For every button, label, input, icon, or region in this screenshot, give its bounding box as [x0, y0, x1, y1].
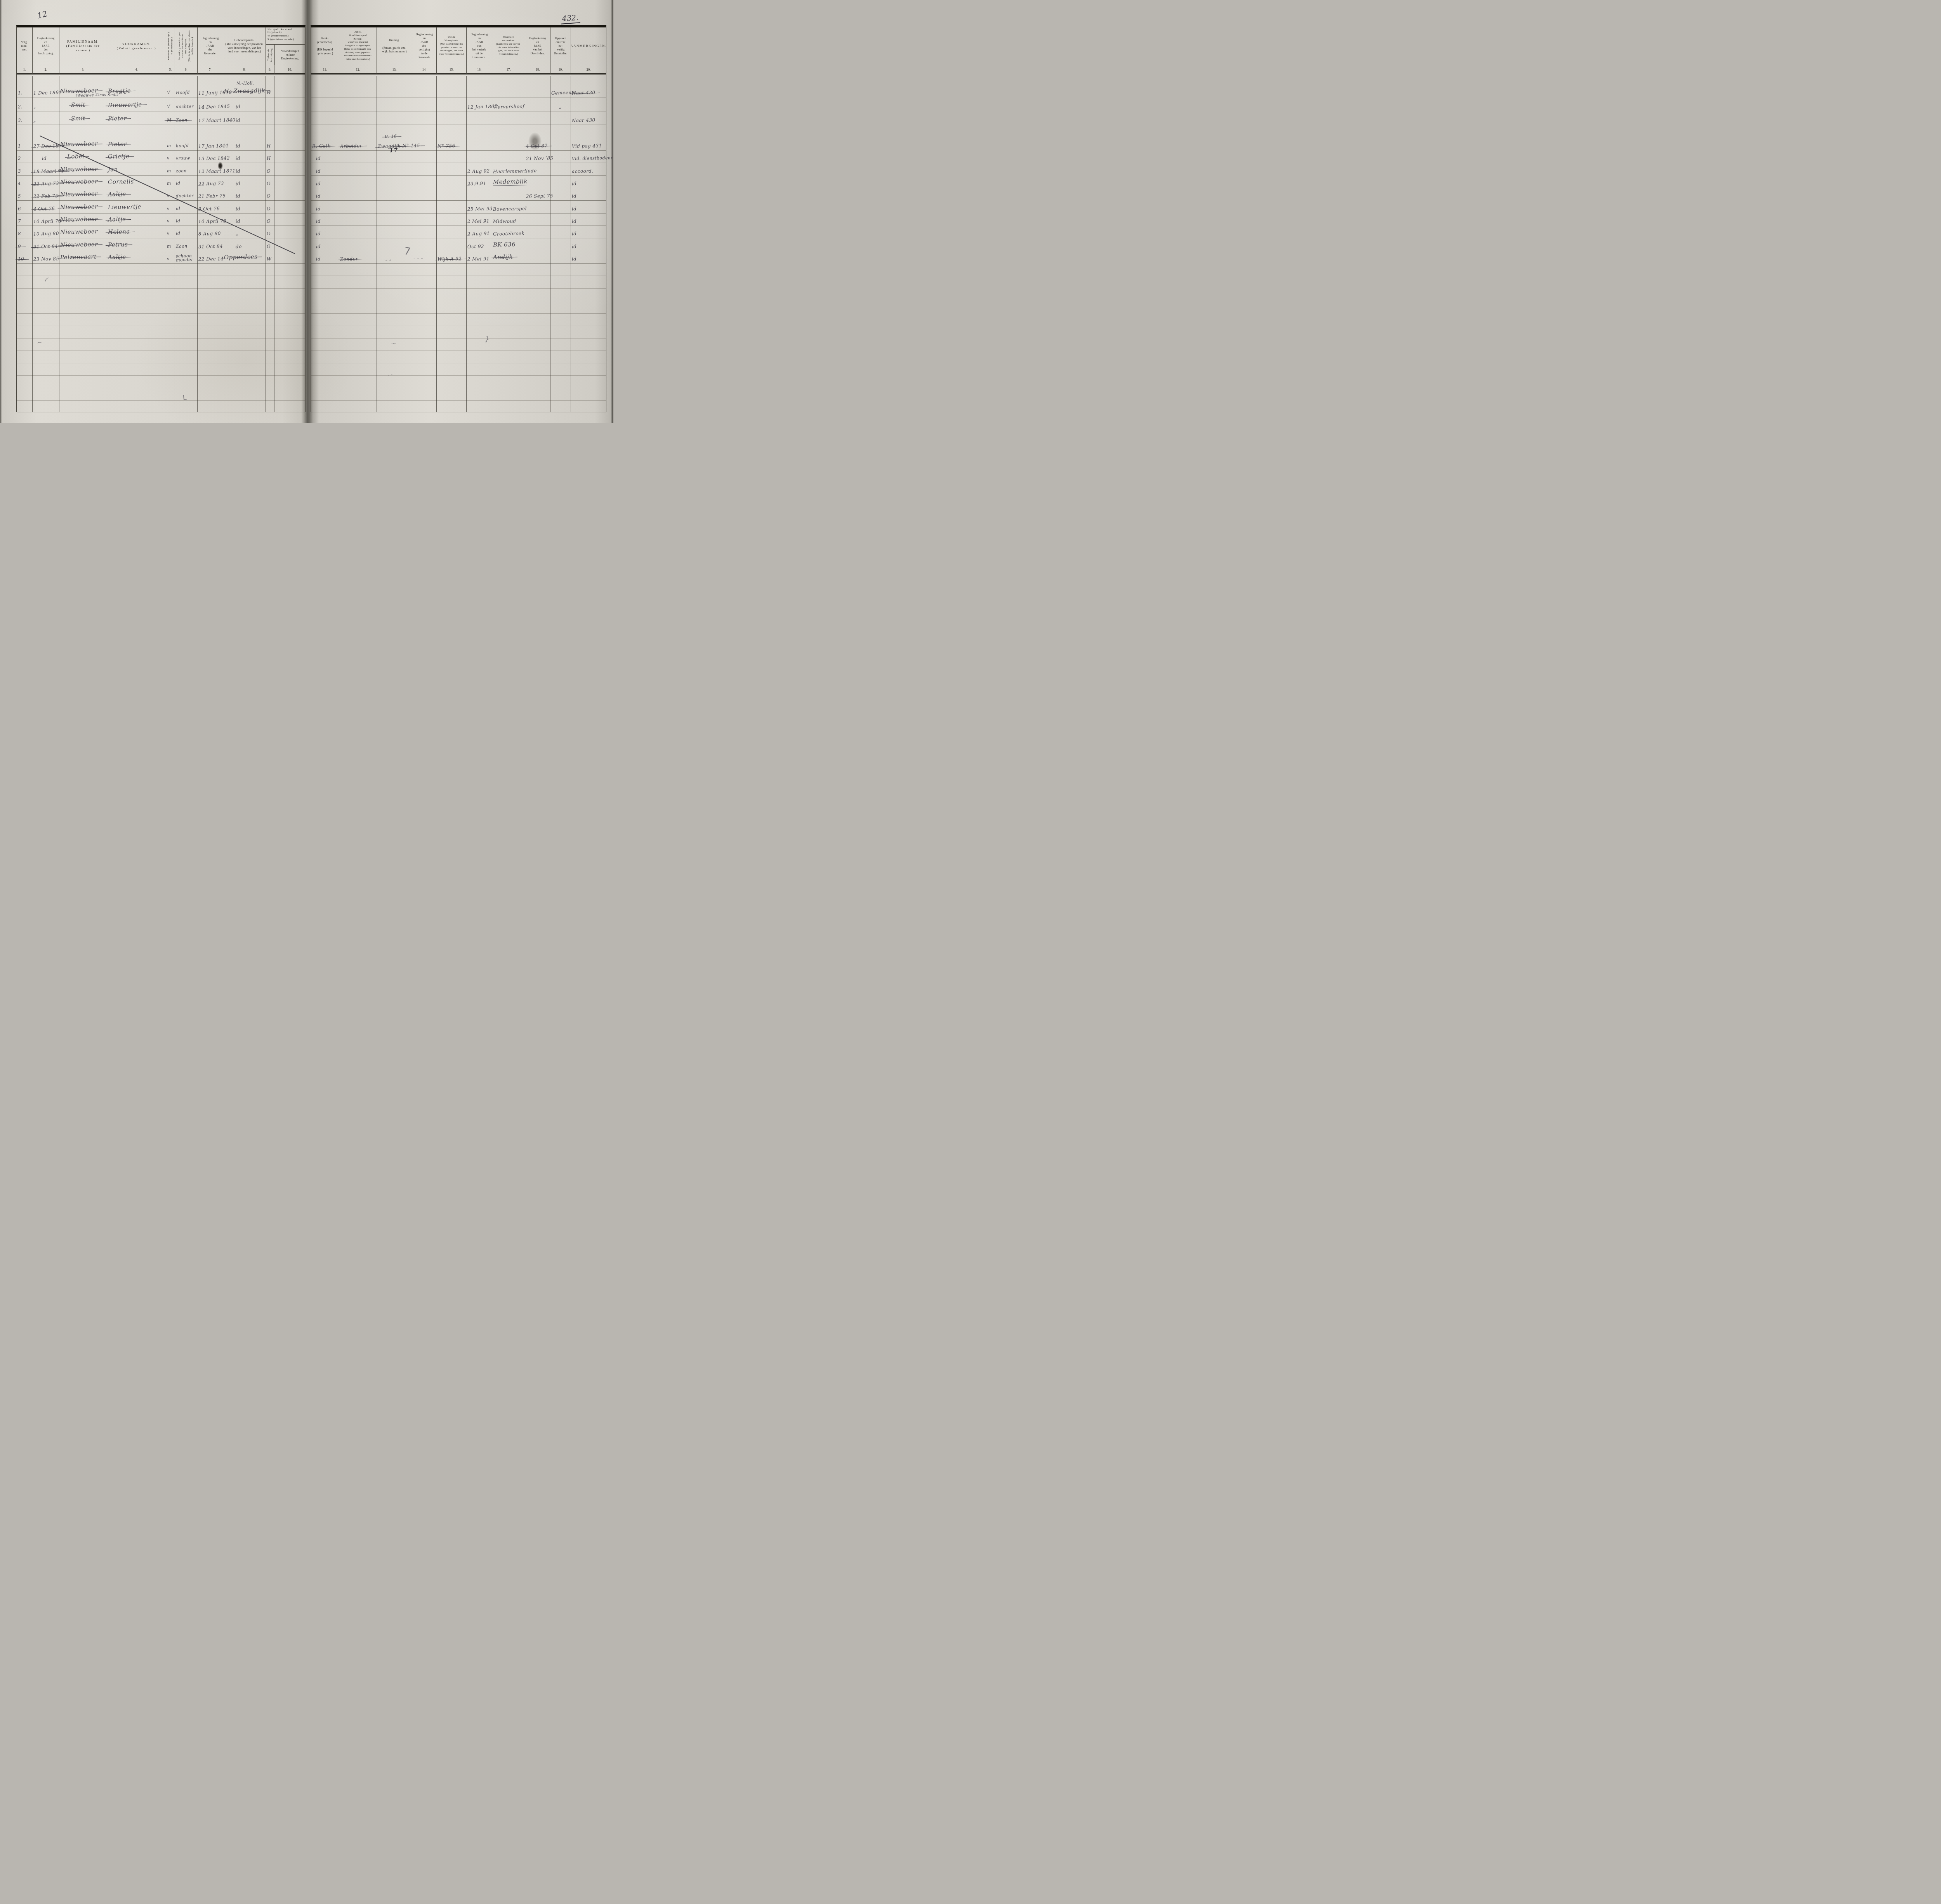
group-codes: H. (gehuwd.) W. (weduwenstaat.) S. (gesc… — [267, 31, 305, 41]
column-number-14: 14. — [412, 65, 436, 74]
scan-edge-left — [0, 0, 2, 423]
stray-mark: ( — [44, 277, 49, 282]
column-line — [266, 76, 266, 412]
handwritten-entry: 2 — [18, 156, 21, 161]
handwritten-entry: O — [267, 231, 271, 236]
handwritten-entry: 13 Dec 1842 — [198, 156, 230, 161]
handwritten-entry: id — [572, 219, 577, 224]
handwritten-entry: M — [167, 118, 172, 122]
handwritten-entry: Nieuweboer — [60, 141, 98, 148]
handwritten-entry: 12 Maart 1871 — [198, 168, 236, 174]
column-header-19: Opgaven omtrent het wettig Domicilie. — [550, 27, 571, 65]
handwritten-entry: id — [236, 219, 241, 224]
handwritten-entry: Pelzenvaart — [60, 254, 97, 260]
handwritten-entry: 2 Aug 91 — [467, 231, 490, 236]
rule-line — [311, 150, 606, 151]
handwritten-entry: „ — [33, 118, 36, 123]
column-number-9: 9. — [266, 65, 274, 74]
column-header-14: Dagteekening en JAAR der vestiging in de… — [412, 27, 436, 65]
handwritten-entry: Aaltje — [108, 217, 126, 223]
column-label: Dagteekening en JAAR van het vertrek uit… — [470, 33, 488, 59]
handwritten-entry: Bovencarspel — [493, 206, 527, 212]
handwritten-entry: 10 April 78 — [33, 219, 62, 224]
handwritten-entry: O — [267, 207, 271, 211]
handwritten-entry: v — [167, 219, 170, 223]
handwritten-entry: accoord. — [572, 168, 594, 174]
rule-line — [311, 400, 606, 401]
rule-line — [17, 301, 305, 301]
column-label: Geboorteplaats. (Met aanwijzing der prov… — [226, 38, 264, 54]
handwritten-entry: 17 Maart 1840 — [198, 118, 236, 123]
handwritten-entry: R. Cath — [312, 143, 331, 148]
column-header-11: Kerk- genootschap. (Elk bepaald op te ge… — [311, 27, 339, 65]
handwritten-entry: Nieuweboer — [60, 179, 98, 185]
column-line — [550, 76, 550, 412]
handwritten-entry: Opperdoes — [224, 254, 258, 260]
handwritten-entry: Vid pag 431 — [572, 143, 602, 149]
handwritten-entry: m — [167, 169, 171, 173]
column-label: AANMERKINGEN. — [571, 44, 606, 48]
handwritten-entry: m — [167, 144, 171, 148]
column-label: Veranderingen en hare Dagteekening. — [281, 49, 299, 61]
handwritten-entry: v — [167, 231, 170, 236]
handwritten-entry: 8 Aug 80 — [198, 231, 221, 236]
rule-line — [17, 313, 305, 314]
column-number-row-left: 1. 2. 3. 4. 5. 6. 7. 8. 9. 10. — [17, 65, 305, 74]
column-header-2: Dagteekening en JAAR der Inschrijving. — [32, 27, 59, 65]
column-line — [339, 76, 339, 412]
handwritten-entry: 25 Mei 93 — [467, 206, 493, 211]
handwritten-entry: 6 — [18, 207, 21, 211]
handwritten-entry: 31 Oct 84 — [198, 244, 223, 249]
column-header-13: Huizing. (Straat, gracht enz. wijk, huis… — [377, 27, 412, 65]
rule-line — [17, 97, 305, 97]
rule-line — [311, 263, 606, 264]
column-header-3: FAMILIENAAM. (Familienaam der vrouw.) — [59, 27, 107, 65]
stray-mark: L — [182, 395, 187, 402]
rule-line — [17, 400, 305, 401]
handwritten-entry: Nieuweboer — [60, 229, 98, 235]
handwritten-entry: 4 — [18, 181, 21, 186]
handwritten-entry: O — [267, 169, 271, 174]
rule-line — [17, 150, 305, 151]
rule-line — [17, 200, 305, 201]
rule-line — [17, 326, 305, 326]
rule-line — [311, 413, 606, 413]
handwritten-entry: schoon- moeder — [176, 254, 194, 263]
rule-line — [311, 251, 606, 251]
handwritten-entry: m — [167, 181, 171, 186]
handwritten-entry: W — [267, 257, 272, 261]
column-label: Vorige Woonplaats. (Met aanwijzing der p… — [439, 36, 464, 56]
column-line — [107, 76, 107, 412]
stray-mark: 7 — [403, 246, 411, 257]
handwritten-entry: Jan — [108, 167, 118, 173]
handwritten-entry: Zonder — [340, 257, 358, 262]
handwritten-entry: 23 Nov 85 — [33, 256, 59, 261]
rule-line — [311, 351, 606, 351]
handwritten-entry: 22 Aug 73 — [198, 181, 224, 186]
handwritten-entry: 17 Jan 1844 — [198, 143, 229, 149]
handwritten-entry: v — [167, 194, 170, 198]
column-number-10: 10. — [274, 65, 305, 74]
column-label: Tijdens de Inschrijving. — [267, 48, 273, 62]
column-number-17: 17. — [492, 65, 525, 74]
handwritten-entry: Cornelis — [108, 179, 134, 185]
handwritten-entry: 22 Aug 73 — [33, 181, 59, 186]
handwritten-entry: id — [572, 244, 577, 249]
register-scan: 12 432. Volg- num- mer. Dagteekening en … — [0, 0, 613, 423]
handwritten-entry: O — [267, 244, 271, 249]
rule-line — [17, 263, 305, 264]
handwritten-entry: Oct 92 — [467, 244, 484, 249]
handwritten-entry: Nieuweboer — [60, 204, 98, 210]
column-line — [175, 76, 175, 412]
column-number-4: 4. — [107, 65, 166, 74]
rule-line — [17, 338, 305, 338]
column-label: Dagteekening en JAAR der Inschrijving. — [37, 36, 55, 56]
column-line — [436, 76, 437, 412]
column-label: Dagteekening en JAAR der Geboorte. — [201, 36, 219, 56]
handwritten-entry: V — [167, 90, 170, 95]
handwritten-entry: Helena — [108, 229, 130, 235]
handwritten-entry: O — [267, 219, 271, 224]
column-line — [525, 76, 525, 412]
rule-line — [311, 388, 606, 388]
column-number-11: 11. — [311, 65, 339, 74]
column-number-2: 2. — [32, 65, 59, 74]
column-number-18: 18. — [525, 65, 550, 74]
column-label: Huizing. (Straat, gracht enz. wijk, huis… — [382, 38, 407, 54]
stray-mark: } — [484, 335, 490, 343]
handwritten-entry: 2. — [18, 104, 23, 109]
page-number: 432. — [560, 13, 580, 24]
handwritten-entry: Vid. dienstbodenreg. — [572, 156, 613, 161]
handwritten-entry: N.-Holl. — [236, 81, 254, 86]
column-number-5: 5. — [166, 65, 175, 74]
column-number-19: 19. — [550, 65, 571, 74]
column-line — [197, 76, 198, 412]
rule-line — [17, 375, 305, 376]
handwritten-entry: 10 — [18, 257, 24, 261]
handwritten-entry: „ — [559, 104, 562, 109]
handwritten-entry: 23.9.91 — [467, 181, 486, 186]
handwritten-entry: BK 636 — [493, 241, 516, 248]
burgerlijke-staat-group: Burgerlijke staat. H. (gehuwd.) W. (wedu… — [266, 27, 305, 65]
rule-line — [311, 111, 606, 111]
rule-line — [311, 326, 606, 326]
handwritten-entry: Midwoud — [493, 219, 516, 224]
rule-line — [311, 276, 606, 276]
column-number-12: 12. — [339, 65, 377, 74]
handwritten-entry: id — [236, 169, 241, 174]
handwritten-entry: Nieuweboer — [60, 216, 98, 223]
handwritten-entry: id — [572, 207, 577, 211]
handwritten-entry: 18 Maart 71 — [33, 168, 64, 174]
handwritten-entry: „ — [236, 231, 238, 236]
rule-line — [17, 163, 305, 163]
handwritten-entry: Smit — [71, 116, 85, 122]
handwritten-entry: Aaltje — [108, 191, 126, 198]
handwritten-entry: id — [236, 207, 241, 211]
rule-line — [17, 125, 305, 125]
handwritten-entry: 2 Aug 92 — [467, 168, 490, 174]
handwritten-entry: O — [267, 194, 271, 198]
handwritten-entry: id — [236, 144, 241, 148]
handwritten-entry: id — [316, 169, 321, 174]
rule-line — [17, 276, 305, 276]
handwritten-entry: Naar 430 — [572, 118, 595, 123]
column-label: FAMILIENAAM. (Familienaam der vrouw.) — [59, 40, 107, 52]
handwritten-entry: id — [572, 194, 577, 198]
rule-line — [311, 375, 606, 376]
column-label: Waarheen vertrokken. (Gemeente en provin… — [496, 36, 521, 56]
column-number-20: 20. — [571, 65, 606, 74]
column-number-16: 16. — [466, 65, 492, 74]
handwritten-entry: Hoofd — [176, 90, 190, 95]
handwritten-entry: Wervershoof — [493, 104, 524, 109]
handwritten-entry: id — [316, 219, 321, 224]
column-line — [32, 76, 33, 412]
handwritten-entry: Nieuweboer — [60, 191, 98, 198]
handwritten-entry: Wijk A 92 — [438, 256, 462, 261]
handwritten-entry: dochter — [176, 104, 194, 109]
handwritten-entry: 1 — [18, 144, 21, 148]
stray-mark: ~ — [390, 340, 397, 348]
column-header-10: Veranderingen en hare Dagteekening. — [274, 45, 306, 65]
handwritten-entry: 3 — [18, 169, 21, 174]
handwritten-entry: 14 Dec 1845 — [198, 104, 230, 109]
handwritten-entry: id — [316, 231, 321, 236]
register-page-right: Kerk- genootschap. (Elk bepaald op te ge… — [311, 25, 606, 412]
column-label: Kerk- genootschap. (Elk bepaald op te ge… — [317, 36, 333, 56]
burgerlijke-staat-subcols: Tijdens de Inschrijving. Veranderingen e… — [266, 45, 306, 65]
handwritten-entry: H — [267, 144, 271, 148]
handwritten-entry: Zoon — [176, 118, 188, 123]
handwritten-entry: vrouw — [176, 156, 190, 161]
column-header-6: Betrekking van elken per- soon tot het h… — [175, 27, 197, 65]
column-number-3: 3. — [59, 65, 107, 74]
handwritten-entry: id — [572, 231, 577, 236]
column-line — [274, 76, 274, 412]
column-line — [166, 76, 166, 412]
column-line — [466, 76, 467, 412]
rule-line — [17, 175, 305, 176]
handwritten-entry: „ „ — [385, 257, 392, 261]
handwritten-entry: m — [167, 244, 171, 248]
column-line — [377, 76, 377, 412]
handwritten-entry: – – – — [413, 144, 423, 148]
handwritten-entry: Pieter — [108, 141, 127, 147]
handwritten-entry: 21 Febr 75 — [198, 193, 226, 198]
column-header-7: Dagteekening en JAAR der Geboorte. — [197, 27, 223, 65]
handwritten-entry: id — [316, 181, 321, 186]
handwritten-entry: 5 — [18, 194, 21, 198]
rule-line — [17, 251, 305, 251]
rule-line — [311, 363, 606, 363]
rule-line — [311, 301, 606, 301]
rule-line — [311, 188, 606, 188]
handwritten-entry: Grietje — [108, 153, 129, 160]
rule-line — [311, 226, 606, 226]
scan-edge-right — [611, 0, 613, 423]
handwritten-entry: O — [267, 181, 271, 186]
table-header-right: Kerk- genootschap. (Elk bepaald op te ge… — [311, 27, 606, 65]
handwritten-entry: 10 April 78 — [198, 219, 227, 224]
handwritten-entry: Petrus — [108, 241, 128, 248]
handwritten-entry: 22 Feb 75 — [33, 193, 58, 198]
handwritten-entry: Haarlemmerliede — [493, 168, 537, 174]
column-label: Ambt, Hoofdberoep of Beroep, waarvoor me… — [344, 31, 372, 61]
rule-line — [17, 351, 305, 351]
handwritten-entry: B. 16 — [385, 134, 397, 139]
rule-line — [311, 200, 606, 201]
handwritten-entry: id — [176, 181, 181, 186]
rule-line — [17, 388, 305, 388]
handwritten-entry: – – – — [413, 257, 423, 261]
column-number-7: 7. — [197, 65, 223, 74]
column-number-13: 13. — [377, 65, 412, 74]
handwritten-entry: Nieuweboer — [60, 241, 98, 248]
handwritten-entry: id — [236, 156, 241, 161]
handwritten-entry: id — [236, 118, 241, 123]
handwritten-entry: H — [267, 156, 271, 161]
stray-mark: . - — [388, 372, 392, 377]
handwritten-entry: 4 Oct 87 — [526, 143, 547, 148]
rule-line — [17, 413, 305, 413]
column-header-16: Dagteekening en JAAR van het vertrek uit… — [466, 27, 492, 65]
handwritten-entry: 9 — [18, 244, 21, 249]
handwritten-entry: id — [176, 219, 181, 223]
handwritten-entry: Smit — [71, 102, 85, 108]
handwritten-entry: id — [176, 231, 181, 236]
rule-line — [17, 226, 305, 226]
handwritten-entry: 31 Oct 84 — [33, 244, 58, 249]
handwritten-entry: v — [167, 257, 170, 261]
handwritten-entry: zoon — [176, 169, 187, 174]
handwritten-entry: V — [167, 104, 170, 109]
register-page-left: Volg- num- mer. Dagteekening en JAAR der… — [16, 25, 306, 412]
column-line — [492, 76, 492, 412]
handwritten-entry: Nieuweboer — [60, 166, 98, 173]
handwritten-entry: id — [316, 207, 321, 211]
column-header-9: Tijdens de Inschrijving. — [266, 45, 274, 65]
handwritten-entry: id — [316, 257, 321, 261]
column-number-row-right: 11. 12. 13. 14. 15. 16. 17. 18. 19. 20. — [311, 65, 606, 74]
column-header-12: Ambt, Hoofdberoep of Beroep, waarvoor me… — [339, 27, 377, 65]
rule-line — [17, 288, 305, 289]
column-label: Dagteekening en JAAR der vestiging in de… — [416, 33, 433, 59]
rule-line — [17, 188, 305, 188]
handwritten-entry: id — [316, 244, 321, 249]
handwritten-entry: 3. — [18, 118, 23, 123]
handwritten-entry: 2 Mei 91 — [467, 219, 490, 224]
handwritten-entry: Pieter — [108, 115, 127, 121]
column-number-15: 15. — [436, 65, 466, 74]
handwritten-entry: 7 — [18, 219, 21, 224]
column-header-18: Dagteekening en JAAR van het Overlijden. — [525, 27, 550, 65]
rule-line — [311, 313, 606, 314]
handwritten-entry: id — [42, 156, 47, 161]
handwritten-entry: 10 Aug 80 — [33, 231, 59, 236]
handwritten-entry: id — [236, 181, 241, 186]
column-header-1: Volg- num- mer. — [17, 27, 32, 65]
handwritten-entry: Medemblik — [493, 179, 528, 186]
rule-line — [17, 138, 305, 138]
handwritten-entry: id — [316, 156, 321, 161]
burgerlijke-staat-header: Burgerlijke staat. H. (gehuwd.) W. (wedu… — [266, 27, 305, 45]
handwritten-entry: 22 Dec 14 — [198, 256, 224, 261]
rule-line — [311, 125, 606, 125]
column-label: Dagteekening en JAAR van het Overlijden. — [529, 36, 547, 56]
column-header-4: VOORNAMEN. (Voluit geschreven.) — [107, 27, 166, 65]
column-line — [59, 76, 59, 412]
handwritten-entry: „ — [33, 104, 36, 109]
column-header-17: Waarheen vertrokken. (Gemeente en provin… — [492, 27, 525, 65]
group-title: Burgerlijke staat. — [267, 28, 305, 31]
rule-line — [311, 175, 606, 176]
handwritten-entry: 3 Oct 76 — [198, 206, 220, 211]
stray-mark: ~ — [36, 339, 43, 346]
handwritten-entry: Grootebroek — [493, 231, 524, 236]
handwritten-entry: Bregtje — [108, 88, 131, 94]
handwritten-entry: v — [167, 207, 170, 211]
column-line — [571, 76, 571, 412]
column-number-8: 8. — [223, 65, 266, 74]
handwritten-entry: Lobel — [67, 154, 85, 160]
column-number-6: 6. — [175, 65, 197, 74]
handwritten-entry: Lieuwertje — [108, 204, 141, 210]
handwritten-entry: id — [236, 194, 241, 198]
handwritten-entry: id — [236, 104, 241, 109]
column-label: VOORNAMEN. (Voluit geschreven.) — [117, 42, 156, 50]
rule-line — [17, 213, 305, 213]
handwritten-entry: Zoon — [176, 244, 188, 249]
handwritten-entry: 2 Mei 91 — [467, 256, 490, 261]
rule-line — [311, 163, 606, 163]
handwritten-entry: id — [316, 194, 321, 198]
handwritten-entry: Arbeider — [340, 143, 362, 148]
rule-line — [311, 338, 606, 338]
handwritten-entry: id — [572, 257, 577, 261]
handwritten-entry: 1. — [18, 90, 23, 95]
handwritten-entry: Aaltje — [108, 254, 126, 260]
handwritten-entry: 4 Oct 76 — [33, 206, 55, 211]
handwritten-entry: 8 — [18, 231, 21, 236]
column-header-20: AANMERKINGEN. — [571, 27, 606, 65]
rule-line — [311, 97, 606, 97]
rule-line — [17, 111, 305, 111]
rule-line — [311, 238, 606, 238]
handwritten-entry: 17 — [389, 148, 398, 153]
rule-line — [311, 138, 606, 138]
column-label: Volg- num- mer. — [21, 40, 28, 52]
column-line — [412, 76, 412, 412]
handwritten-entry: hoofd — [176, 144, 189, 148]
handwritten-entry: N° 756 — [438, 144, 455, 149]
handwritten-entry: 26 Sept 75 — [526, 193, 553, 198]
column-label: Betrekking van elken per- soon tot het h… — [178, 30, 194, 62]
rule-line — [311, 213, 606, 213]
handwritten-entry: Dieuwertje — [108, 102, 142, 108]
column-header-5: Geslacht M. (mannelijk.) V. (vrouwelijk.… — [166, 27, 175, 65]
table-header-left: Volg- num- mer. Dagteekening en JAAR der… — [17, 27, 305, 65]
handwritten-entry: id — [176, 207, 181, 211]
column-line — [223, 76, 223, 412]
column-label: Opgaven omtrent het wettig Domicilie. — [554, 36, 567, 56]
rule-line — [17, 238, 305, 238]
handwritten-entry: H. Zwaagdijk — [224, 88, 266, 94]
